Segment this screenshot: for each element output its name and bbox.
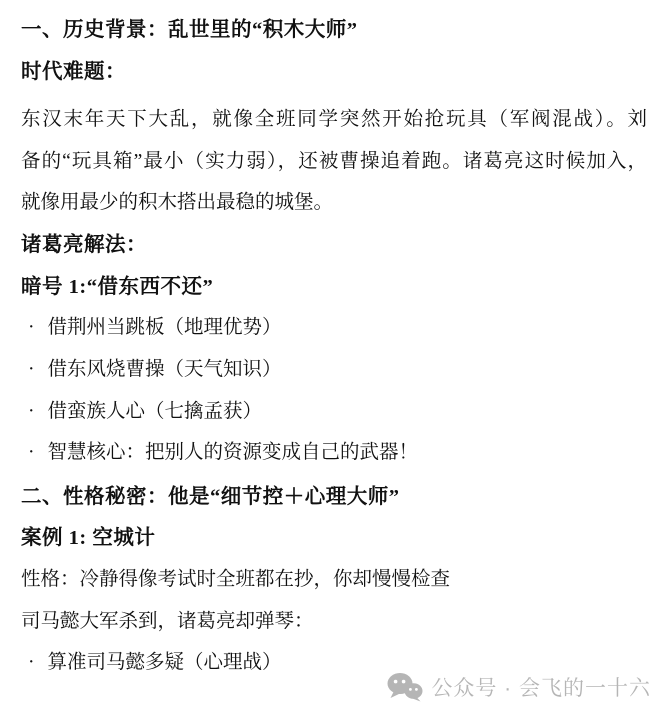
bullet-dot: · <box>28 307 35 349</box>
bullet-dot: · <box>28 432 35 474</box>
section-1-title: 一、历史背景：乱世里的“积木大师” <box>21 9 647 51</box>
list-item-text: 算准司马懿多疑（心理战） <box>48 642 282 684</box>
bullet-dot: · <box>28 642 35 684</box>
list-item: · 借东风烧曹操（天气知识） <box>21 349 647 391</box>
paragraph-line: 东汉末年天下大乱，就像全班同学突然开始抢玩具（军阀混战）。刘 <box>21 99 647 141</box>
list-item-text: 借荆州当跳板（地理优势） <box>48 307 282 349</box>
list-item-text: 借蛮族人心（七擒孟获） <box>48 391 263 433</box>
list-item-text: 智慧核心：把别人的资源变成自己的武器！ <box>48 432 419 474</box>
list-item: · 借蛮族人心（七擒孟获） <box>21 391 647 433</box>
list-item: · 智慧核心：把别人的资源变成自己的武器！ <box>21 432 647 474</box>
bullet-dot: · <box>28 349 35 391</box>
watermark-text: 公众号 · 会飞的一十六 <box>431 672 651 702</box>
wechat-icon <box>387 672 423 702</box>
paragraph-line: 就像用最少的积木搭出最稳的城堡。 <box>21 182 647 224</box>
paragraph-line: 司马懿大军杀到，诸葛亮却弹琴： <box>21 601 647 643</box>
subheading-code-1: 暗号 1:“借东西不还” <box>21 266 647 308</box>
subheading-solution: 诸葛亮解法： <box>21 224 647 266</box>
subheading-era-problem: 时代难题： <box>21 51 647 93</box>
bullet-dot: · <box>28 391 35 433</box>
subheading-case-1: 案例 1: 空城计 <box>21 517 647 559</box>
paragraph-line: 性格：冷静得像考试时全班都在抄，你却慢慢检查 <box>21 559 647 601</box>
watermark: 公众号 · 会飞的一十六 <box>387 670 651 704</box>
list-item-text: 借东风烧曹操（天气知识） <box>48 349 282 391</box>
list-item: · 借荆州当跳板（地理优势） <box>21 307 647 349</box>
section-2-title: 二、性格秘密：他是“细节控＋心理大师” <box>21 476 647 518</box>
document-page: { "page": { "background": "#ffffff", "te… <box>0 0 665 715</box>
paragraph-line: 备的“玩具箱”最小（实力弱），还被曹操追着跑。诸葛亮这时候加入， <box>21 141 647 183</box>
